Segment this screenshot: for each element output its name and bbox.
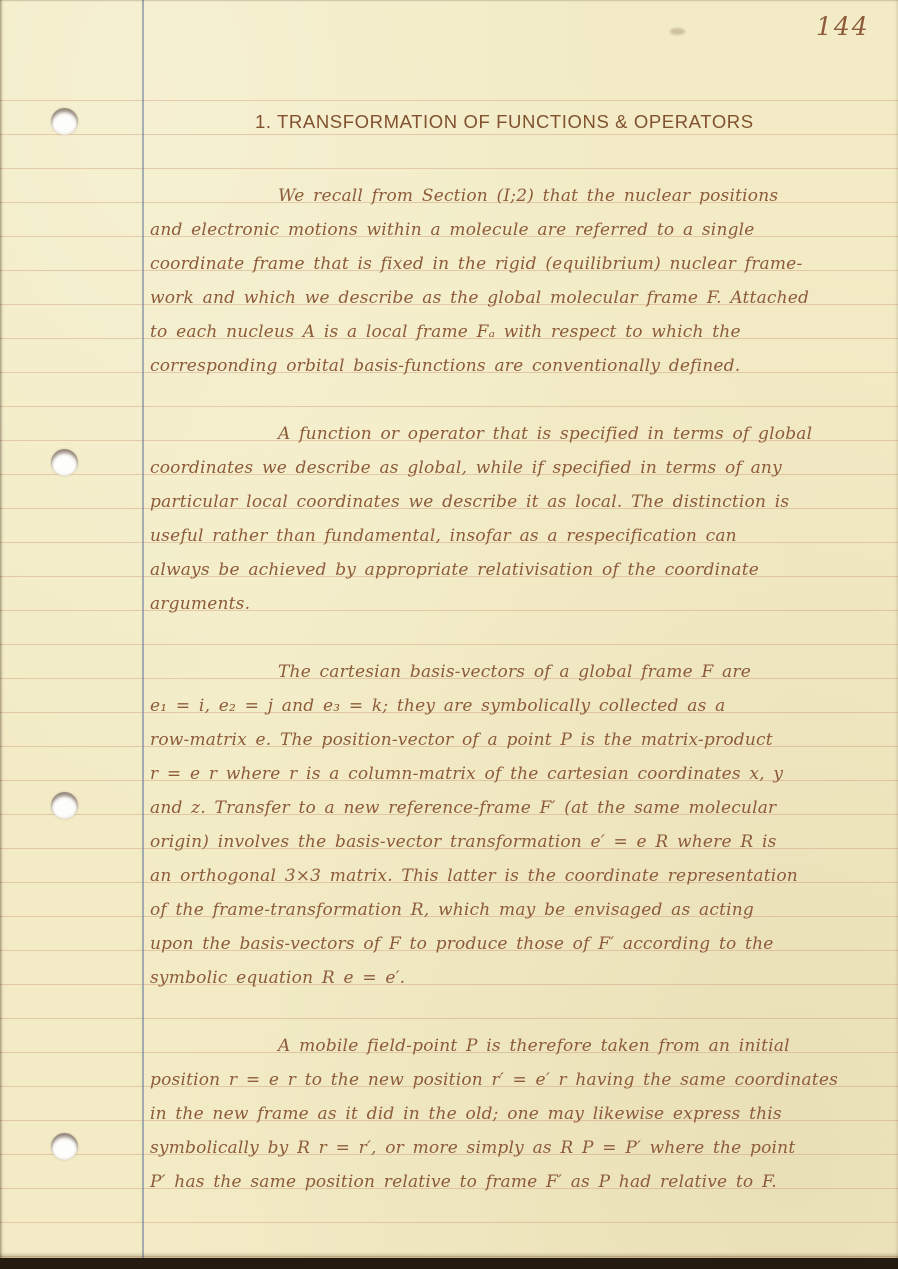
handwritten-line: The cartesian basis-vectors of a global … <box>150 655 886 689</box>
handwritten-line: corresponding orbital basis-functions ar… <box>150 349 886 383</box>
punch-hole <box>51 108 78 135</box>
handwritten-line: of the frame-transformation R, which may… <box>150 893 886 927</box>
handwritten-line: symbolic equation R e = e′. <box>150 961 886 995</box>
handwritten-line: particular local coordinates we describe… <box>150 485 886 519</box>
handwritten-line: arguments. <box>150 587 886 621</box>
handwritten-line: work and which we describe as the global… <box>150 281 886 315</box>
page-edge-left <box>0 0 4 1269</box>
page-edge-bottom <box>0 1258 898 1269</box>
handwritten-line: P′ has the same position relative to fra… <box>150 1165 886 1199</box>
handwritten-line: position r = e r to the new position r′ … <box>150 1063 886 1097</box>
handwritten-line: A mobile field-point P is therefore take… <box>150 1029 886 1063</box>
handwritten-line: useful rather than fundamental, insofar … <box>150 519 886 553</box>
handwritten-line: upon the basis-vectors of F to produce t… <box>150 927 886 961</box>
punch-hole <box>51 449 78 476</box>
page-number: 144 <box>816 14 870 39</box>
handwritten-line: We recall from Section (I;2) that the nu… <box>150 179 886 213</box>
notebook-page: 144 1. TRANSFORMATION OF FUNCTIONS & OPE… <box>0 0 898 1269</box>
handwritten-line: row-matrix e. The position-vector of a p… <box>150 723 886 757</box>
handwritten-line: e₁ = i, e₂ = j and e₃ = k; they are symb… <box>150 689 886 723</box>
paragraph-4: A mobile field-point P is therefore take… <box>150 1029 886 1199</box>
handwritten-line: in the new frame as it did in the old; o… <box>150 1097 886 1131</box>
page-edge-top <box>0 0 898 2</box>
handwritten-line: always be achieved by appropriate relati… <box>150 553 886 587</box>
handwritten-line: to each nucleus A is a local frame Fₐ wi… <box>150 315 886 349</box>
paragraph-1: We recall from Section (I;2) that the nu… <box>150 179 886 383</box>
handwritten-line: an orthogonal 3×3 matrix. This latter is… <box>150 859 886 893</box>
punch-hole <box>51 1133 78 1160</box>
punch-hole <box>51 792 78 819</box>
section-heading: 1. TRANSFORMATION OF FUNCTIONS & OPERATO… <box>255 111 754 133</box>
handwritten-line: r = e r where r is a column-matrix of th… <box>150 757 886 791</box>
handwritten-line: and z. Transfer to a new reference-frame… <box>150 791 886 825</box>
paragraph-3: The cartesian basis-vectors of a global … <box>150 655 886 995</box>
paper-smudge <box>670 28 685 35</box>
paragraph-2: A function or operator that is specified… <box>150 417 886 621</box>
handwritten-line: and electronic motions within a molecule… <box>150 213 886 247</box>
handwritten-line: coordinates we describe as global, while… <box>150 451 886 485</box>
handwritten-line: A function or operator that is specified… <box>150 417 886 451</box>
margin-line <box>142 0 144 1258</box>
handwritten-line: symbolically by R r = r′, or more simply… <box>150 1131 886 1165</box>
handwritten-line: coordinate frame that is fixed in the ri… <box>150 247 886 281</box>
handwritten-line: origin) involves the basis-vector transf… <box>150 825 886 859</box>
